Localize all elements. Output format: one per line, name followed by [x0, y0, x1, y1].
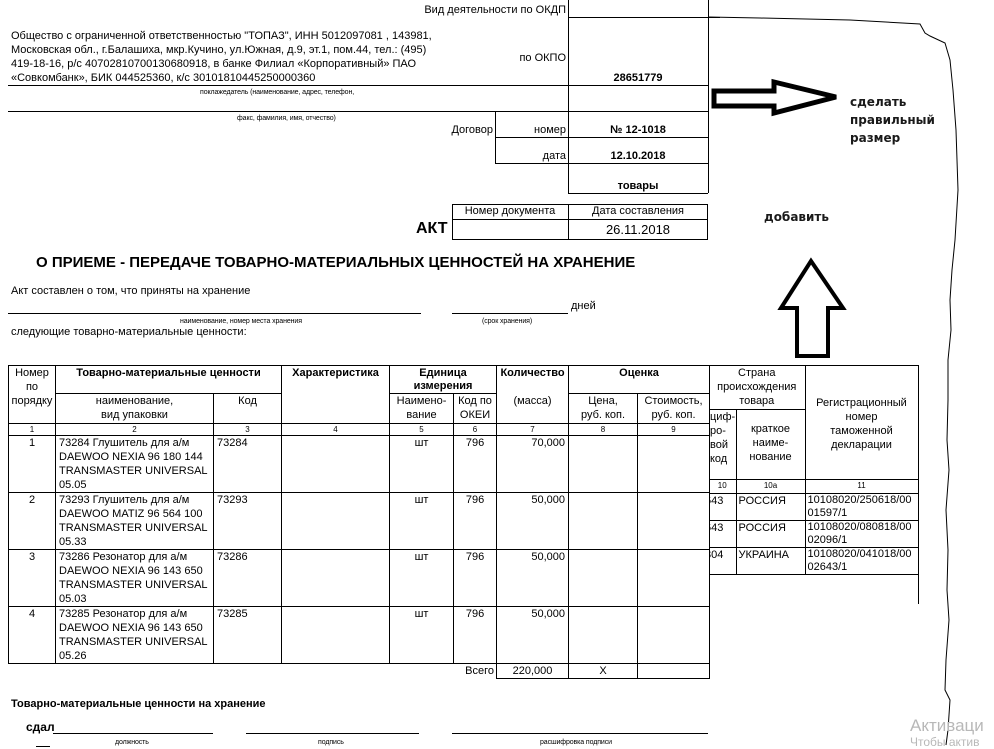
resize-note: сделать правильный размер — [850, 93, 994, 147]
activation-watermark: Активаци Чтобы актив — [910, 716, 984, 748]
arrow-right-icon — [714, 82, 836, 113]
resize-note-line: размер — [850, 129, 994, 147]
watermark-line: Чтобы актив — [910, 736, 984, 748]
arrow-up-icon — [781, 261, 843, 356]
add-note: добавить — [764, 210, 829, 224]
resize-note-line: сделать правильный — [850, 93, 994, 129]
watermark-line: Активаци — [910, 716, 984, 736]
annotation-layer — [0, 0, 994, 749]
